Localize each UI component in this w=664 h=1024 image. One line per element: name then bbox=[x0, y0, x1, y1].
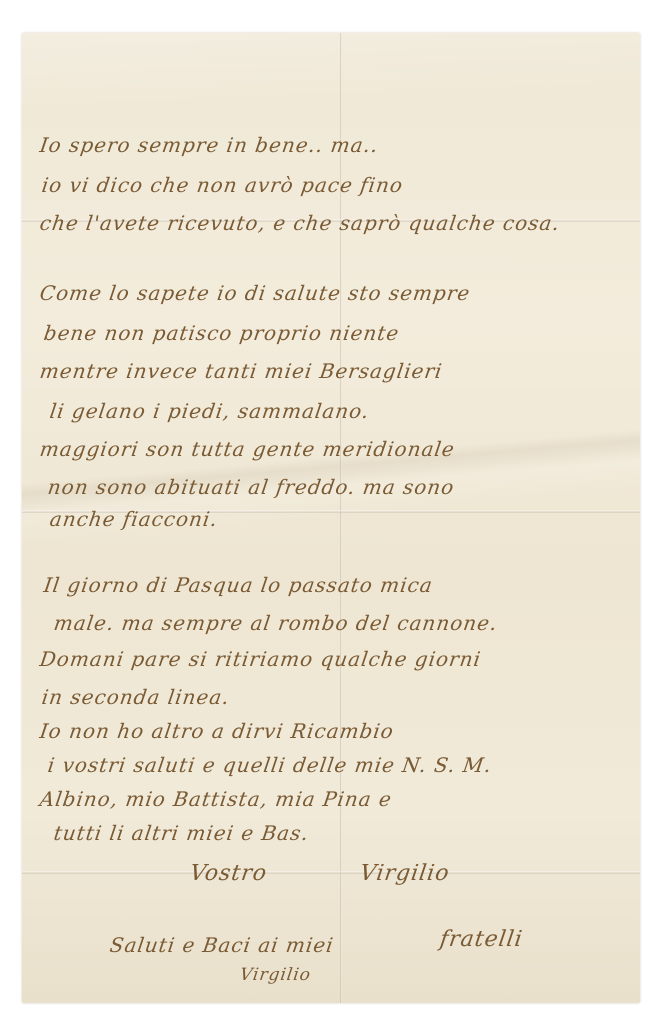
letter-line: in seconda linea. bbox=[40, 685, 231, 709]
letter-line: maggiori son tutta gente meridionale bbox=[38, 437, 456, 461]
postscript-text: Saluti e Baci ai miei bbox=[108, 933, 335, 957]
postscript-addressee: fratelli bbox=[438, 927, 524, 952]
letter-line: Albino, mio Battista, mia Pina e bbox=[38, 787, 393, 811]
letter-body: Io spero sempre in bene.. ma.. io vi dic… bbox=[40, 33, 630, 1003]
letter-line: anche fiacconi. bbox=[48, 507, 219, 531]
postscript-signature: Virgilio bbox=[239, 965, 313, 985]
letter-line: che l'avete ricevuto, e che saprò qualch… bbox=[38, 211, 561, 235]
letter-line: Come lo sapete io di salute sto sempre bbox=[38, 281, 472, 305]
letter-line: li gelano i piedi, sammalano. bbox=[48, 399, 371, 423]
letter-line: mentre invece tanti miei Bersaglieri bbox=[38, 359, 444, 383]
valediction: Vostro bbox=[188, 861, 269, 886]
letter-line: i vostri saluti e quelli delle mie N. S.… bbox=[46, 753, 493, 777]
letter-line: non sono abituati al freddo. ma sono bbox=[46, 475, 456, 499]
letter-line: Io non ho altro a dirvi Ricambio bbox=[38, 719, 395, 743]
letter-line: Domani pare si ritiriamo qualche giorni bbox=[38, 647, 482, 671]
letter-line: male. ma sempre al rombo del cannone. bbox=[52, 611, 499, 635]
letter-paper: Io spero sempre in bene.. ma.. io vi dic… bbox=[22, 33, 640, 1003]
signature: Virgilio bbox=[358, 861, 451, 886]
letter-line: Io spero sempre in bene.. ma.. bbox=[38, 133, 380, 157]
letter-line: bene non patisco proprio niente bbox=[42, 321, 401, 345]
letter-line: io vi dico che non avrò pace fino bbox=[40, 173, 404, 197]
letter-line: Il giorno di Pasqua lo passato mica bbox=[42, 573, 434, 597]
letter-line: tutti li altri miei e Bas. bbox=[52, 821, 310, 845]
